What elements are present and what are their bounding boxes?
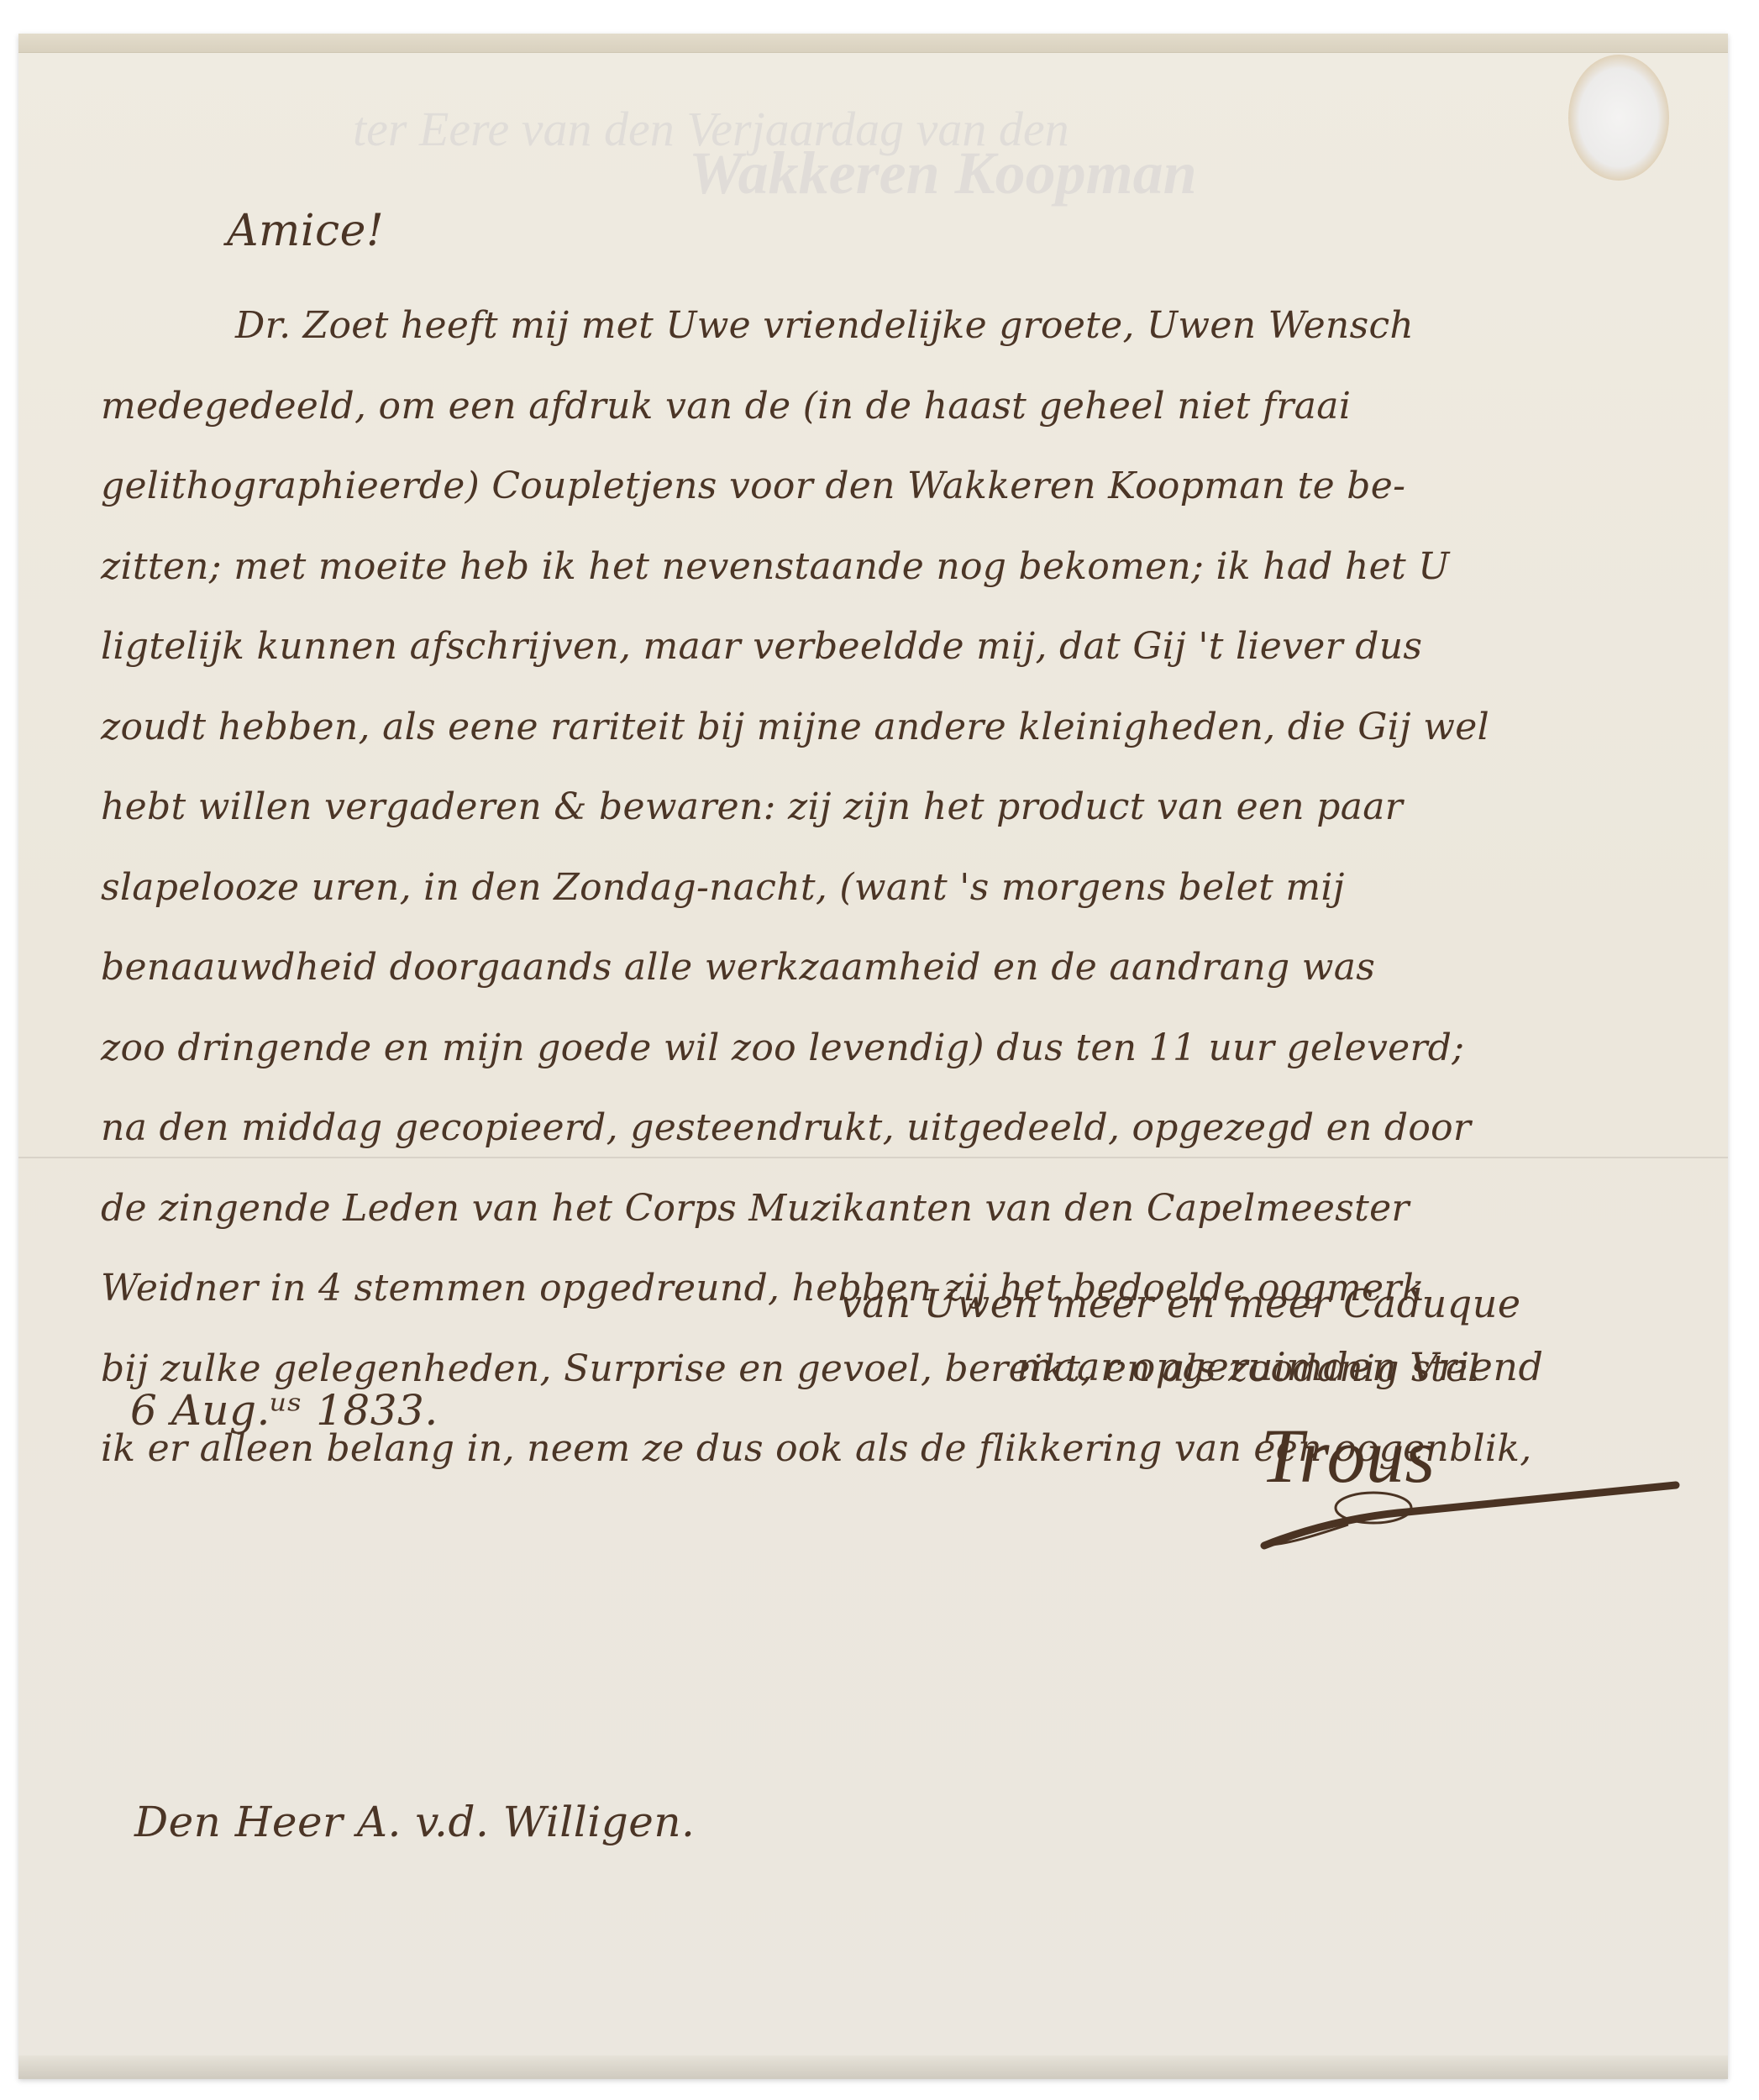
- body-line: zoudt hebben, als eene rariteit bij mijn…: [101, 687, 1697, 768]
- body-line: gelithographieerde) Coupletjens voor den…: [101, 446, 1697, 527]
- body-line: slapelooze uren, in den Zondag-nacht, (w…: [101, 848, 1697, 928]
- body-line: medegedeeld, om een afdruk van de (in de…: [101, 366, 1697, 447]
- paper-stain: [1568, 55, 1669, 181]
- show-through-title: Wakkeren Koopman: [689, 139, 1197, 208]
- addressee: Den Heer A. v.d. Willigen.: [134, 1798, 695, 1846]
- salutation: Amice!: [227, 206, 384, 256]
- body-line: na den middag gecopieerd, gesteendrukt, …: [101, 1088, 1697, 1168]
- letter-date: 6 Aug.ᵘˢ 1833.: [130, 1386, 438, 1435]
- closing-line: maar opgeruimden Vriend: [1016, 1344, 1543, 1389]
- body-line: Dr. Zoet heeft mij met Uwe vriendelijke …: [101, 286, 1697, 366]
- body-line: de zingende Leden van het Corps Muzikant…: [101, 1168, 1697, 1249]
- body-line: ligtelijk kunnen afschrijven, maar verbe…: [101, 606, 1697, 687]
- paper-bottom-edge: [18, 2055, 1728, 2079]
- closing-line: van Uwen meer en meer Caduque: [840, 1281, 1521, 1326]
- body-line: zitten; met moeite heb ik het nevenstaan…: [101, 527, 1697, 607]
- body-line: zoo dringende en mijn goede wil zoo leve…: [101, 1008, 1697, 1089]
- body-line: benaauwdheid doorgaands alle werkzaamhei…: [101, 927, 1697, 1008]
- paper-top-edge: [18, 34, 1728, 53]
- body-line: hebt willen vergaderen & bewaren: zij zi…: [101, 767, 1697, 848]
- signature-flourish-icon: [1256, 1478, 1693, 1554]
